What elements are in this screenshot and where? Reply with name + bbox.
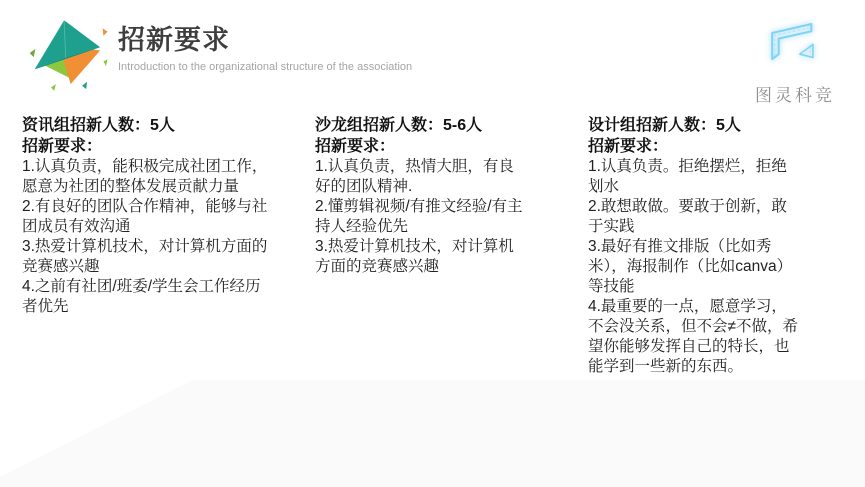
requirement-item: 4.之前有社团/班委/学生会工作经历者优先 (22, 277, 274, 317)
presentation-slide: 招新要求 Introduction to the organizational … (0, 0, 865, 487)
requirement-item: 1.认真负责。拒绝摆烂，拒绝划水 (588, 157, 802, 197)
header: 招新要求 Introduction to the organizational … (28, 10, 412, 96)
requirements-label: 招新要求： (315, 136, 529, 157)
page-subtitle: Introduction to the organizational struc… (118, 60, 412, 74)
page-title: 招新要求 (118, 24, 412, 56)
requirement-item: 1.认真负责，能积极完成社团工作，愿意为社团的整体发展贡献力量 (22, 157, 274, 197)
requirement-item: 2.有良好的团队合作精神，能够与社团成员有效沟通 (22, 197, 274, 237)
requirement-item: 3.热爱计算机技术，对计算机方面的竞赛感兴趣 (22, 237, 274, 277)
origami-paper-plane-icon (28, 10, 110, 96)
title-block: 招新要求 Introduction to the organizational … (118, 10, 412, 74)
column-info-group: 资讯组招新人数：5人 招新要求： 1.认真负责，能积极完成社团工作，愿意为社团的… (22, 115, 274, 317)
turing-angular-frame-icon (764, 18, 826, 74)
column-design-group: 设计组招新人数：5人 招新要求： 1.认真负责。拒绝摆烂，拒绝划水2.敢想敢做。… (588, 115, 802, 377)
requirements-label: 招新要求： (588, 136, 802, 157)
group-heading: 沙龙组招新人数：5-6人 (315, 115, 529, 136)
requirement-item: 2.懂剪辑视频/有推文经验/有主持人经验优先 (315, 197, 529, 237)
brand-mark: 图灵科竞 (750, 18, 840, 106)
group-heading: 设计组招新人数：5人 (588, 115, 802, 136)
group-heading: 资讯组招新人数：5人 (22, 115, 274, 136)
requirements-list: 1.认真负责。拒绝摆烂，拒绝划水2.敢想敢做。要敢于创新，敢于实践3.最好有推文… (588, 157, 802, 377)
column-salon-group: 沙龙组招新人数：5-6人 招新要求： 1.认真负责，热情大胆，有良好的团队精神.… (315, 115, 529, 277)
requirements-label: 招新要求： (22, 136, 274, 157)
requirement-item: 3.最好有推文排版（比如秀米），海报制作（比如canva）等技能 (588, 237, 802, 297)
requirement-item: 2.敢想敢做。要敢于创新，敢于实践 (588, 197, 802, 237)
requirement-item: 3.热爱计算机技术，对计算机方面的竞赛感兴趣 (315, 237, 529, 277)
requirement-item: 4.最重要的一点，愿意学习，不会没关系，但不会≠不做，希望你能够发挥自己的特长，… (588, 297, 802, 377)
requirements-list: 1.认真负责，能积极完成社团工作，愿意为社团的整体发展贡献力量2.有良好的团队合… (22, 157, 274, 317)
requirements-list: 1.认真负责，热情大胆，有良好的团队精神.2.懂剪辑视频/有推文经验/有主持人经… (315, 157, 529, 277)
requirement-item: 1.认真负责，热情大胆，有良好的团队精神. (315, 157, 529, 197)
brand-name: 图灵科竞 (750, 81, 840, 106)
